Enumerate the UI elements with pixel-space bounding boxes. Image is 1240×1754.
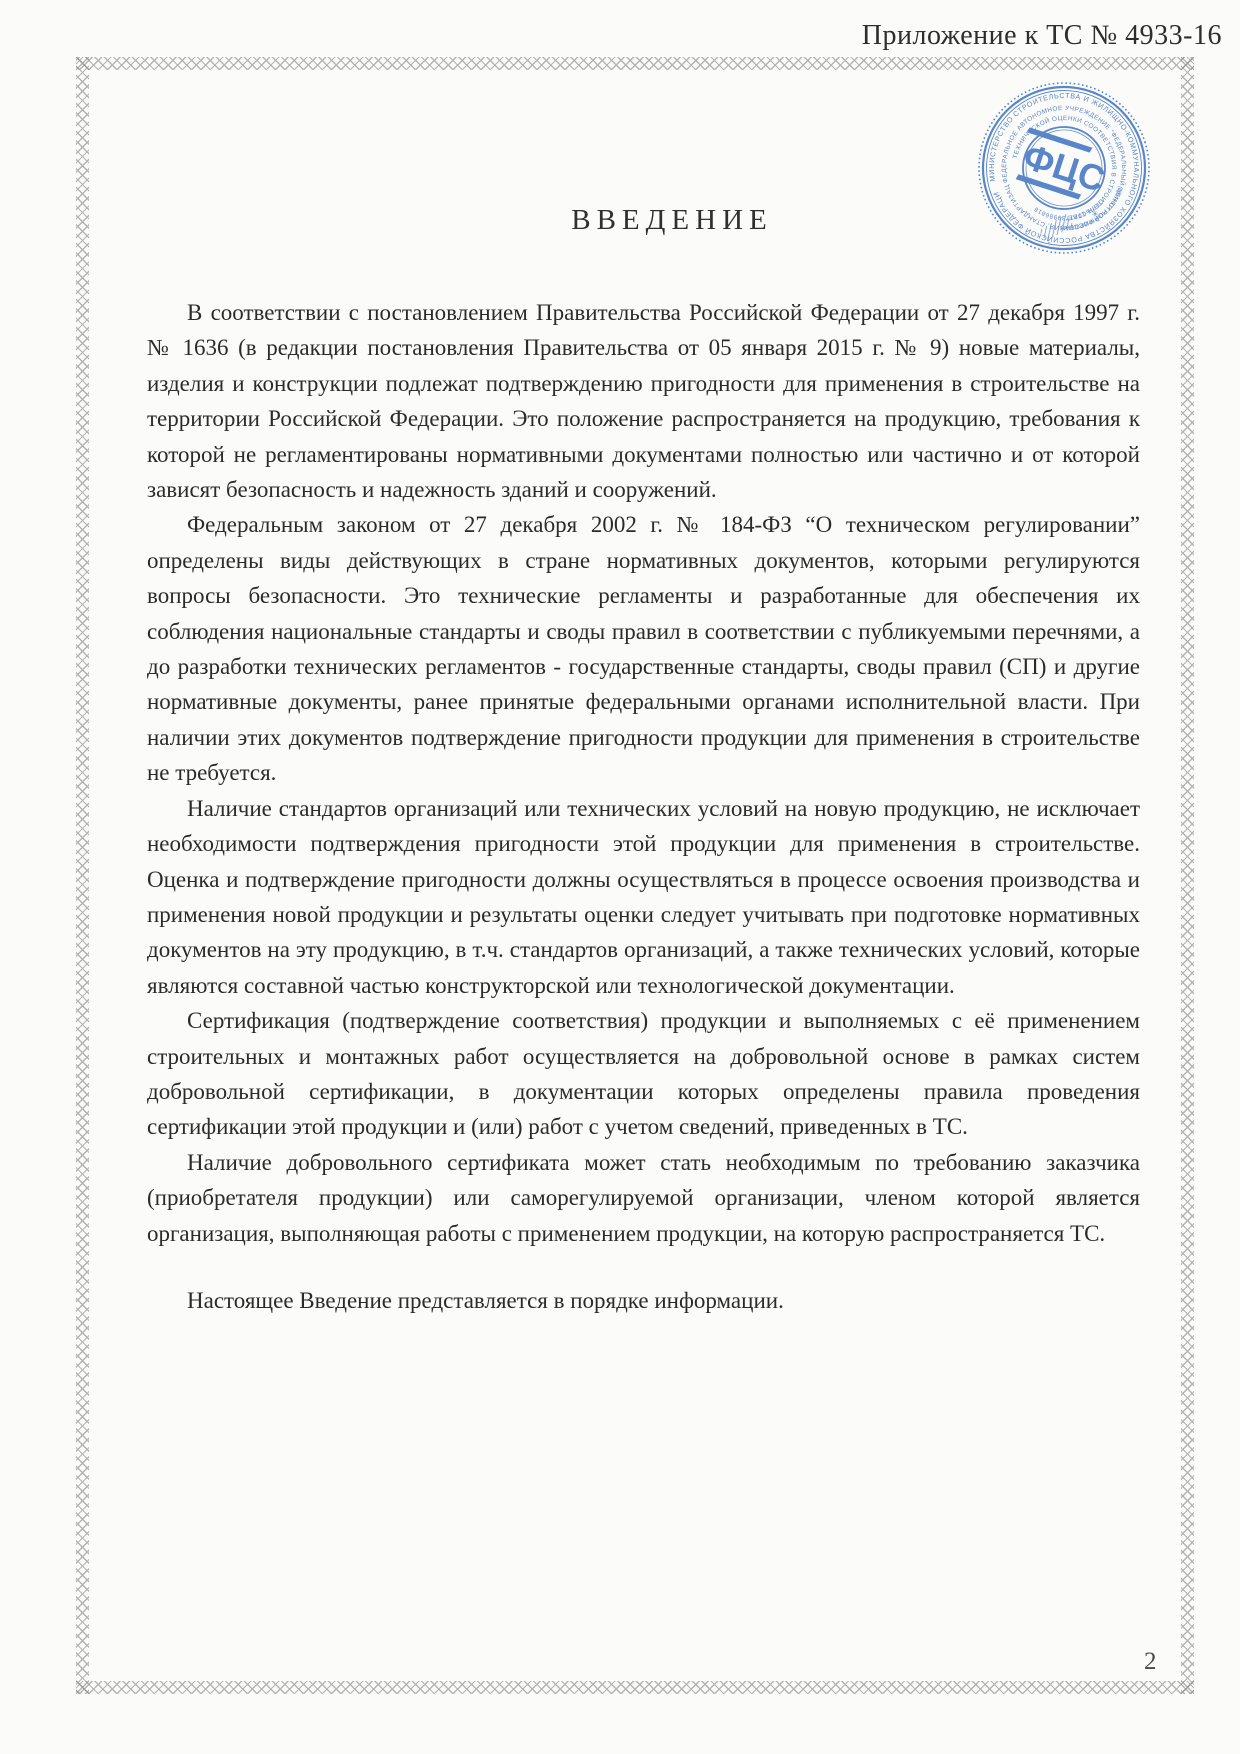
- paragraph: Федеральным законом от 27 декабря 2002 г…: [147, 507, 1140, 790]
- paragraph: Наличие стандартов организаций или техни…: [147, 791, 1140, 1003]
- page-number: 2: [1144, 1648, 1157, 1676]
- decorative-border-left: [76, 57, 89, 1694]
- paragraph: Наличие добровольного сертификата может …: [147, 1145, 1140, 1251]
- paragraph: В соответствии с постановлением Правител…: [147, 295, 1140, 507]
- decorative-border-top: [76, 57, 1194, 70]
- header-annotation: Приложение к ТС № 4933-16: [862, 20, 1222, 52]
- document-page: Приложение к ТС № 4933-16 МИНИСТЕРСТВО С…: [0, 0, 1240, 1754]
- decorative-border-right: [1181, 57, 1194, 1694]
- document-title: ВВЕДЕНИЕ: [52, 204, 1240, 237]
- closing-paragraph: Настоящее Введение представляется в поря…: [147, 1283, 1140, 1318]
- paragraph: Сертификация (подтверждение соответствия…: [147, 1003, 1140, 1145]
- decorative-border-bottom: [76, 1681, 1194, 1694]
- document-body: В соответствии с постановлением Правител…: [147, 295, 1140, 1318]
